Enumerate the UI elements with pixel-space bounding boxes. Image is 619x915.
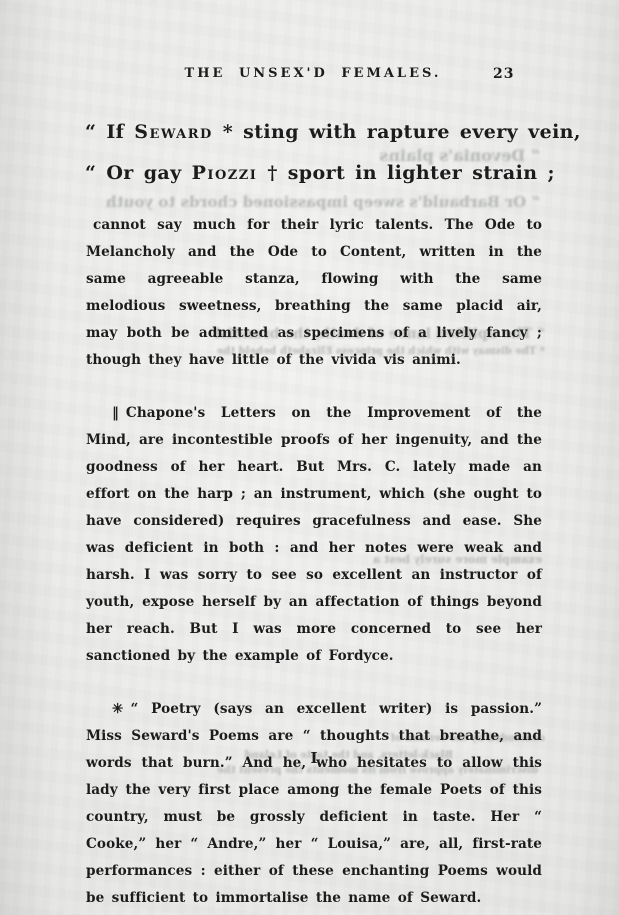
paragraph-seward-footnote: ✳“ Poetry (says an excellent writer) is … — [86, 696, 542, 912]
paragraph-chapone: ‖Chapone's Letters on the Improvement of… — [86, 400, 542, 670]
verse-line-1: “ If Seward * sting with rapture every v… — [85, 112, 555, 153]
footnote-marker — [86, 217, 93, 233]
verse-2-name-piozzi: Piozzi — [192, 162, 258, 184]
scanned-book-page: “ Devonia's plains “ Or Barbauld's sweep… — [0, 0, 619, 915]
verse-1-rest: * sting with rapture every vein, — [213, 121, 581, 143]
verse-line-2: “ Or gay Piozzi † sport in lighter strai… — [85, 153, 555, 194]
note-text-block: cannot say much for their lyric talents.… — [86, 212, 542, 912]
verse-2-rest: † sport in lighter strain ; — [257, 162, 555, 184]
page-number: 23 — [493, 66, 514, 82]
page-header: THE UNSEX'D FEMALES. 23 — [85, 66, 541, 88]
paragraph-text: cannot say much for their lyric talents.… — [86, 217, 542, 368]
paragraph-text: “ Poetry (says an excellent writer) is p… — [86, 701, 542, 906]
printer-signature-mark: I — [86, 748, 542, 768]
bleedthrough-line: “ Or Barbauld's sweep impassioned chords… — [88, 193, 540, 211]
verse-1-pre: “ If — [85, 121, 134, 143]
running-title: THE UNSEX'D FEMALES. — [85, 66, 541, 81]
verse-couplet: “ If Seward * sting with rapture every v… — [85, 112, 555, 194]
asterisk-footnote-marker: ✳ — [112, 701, 131, 717]
verse-1-name-seward: Seward — [134, 121, 213, 143]
verse-2-pre: “ Or gay — [85, 162, 192, 184]
paragraph-lyric-talents: cannot say much for their lyric talents.… — [86, 212, 542, 374]
paragraph-text: Chapone's Letters on the Improvement of … — [86, 405, 542, 664]
parallel-footnote-marker: ‖ — [112, 405, 126, 421]
